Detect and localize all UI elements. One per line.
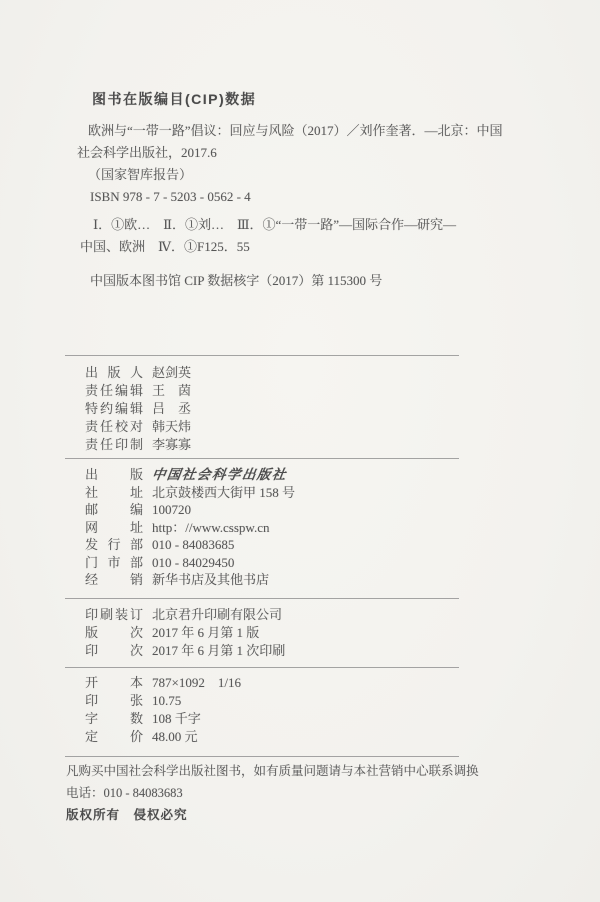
field-value: 韩天炜 xyxy=(152,419,191,434)
field-label: 责任编辑 xyxy=(85,382,143,400)
notice-block: 凡购买中国社会科学出版社图书，如有质量问题请与本社营销中心联系调换 电话：010… xyxy=(66,760,546,826)
divider-line xyxy=(65,667,459,668)
field-value: 010 - 84083685 xyxy=(152,537,234,552)
divider-line xyxy=(65,458,459,459)
field-value: 北京鼓楼西大街甲 158 号 xyxy=(152,485,295,500)
staff-row-special-editor: 特约编辑吕 丞 xyxy=(85,400,191,418)
field-label: 邮编 xyxy=(85,501,143,519)
publisher-row-distribution-dept: 发行部010 - 84083685 xyxy=(85,536,295,554)
contact-phone: 电话：010 - 84083683 xyxy=(66,782,546,804)
field-label: 特约编辑 xyxy=(85,400,143,418)
field-label: 字数 xyxy=(85,710,143,728)
cip-classification-line2: 中国、欧洲 Ⅳ．①F125．55 xyxy=(77,236,557,258)
staff-row-responsible-editor: 责任编辑王 茵 xyxy=(85,382,191,400)
field-value: 赵剑英 xyxy=(152,365,191,380)
field-value: 48.00 元 xyxy=(152,729,198,744)
staff-row-publisher-person: 出版人赵剑英 xyxy=(85,364,191,382)
printing-row-impression: 印次2017 年 6 月第 1 次印刷 xyxy=(85,642,285,660)
staff-row-proofreader: 责任校对韩天炜 xyxy=(85,418,191,436)
staff-row-print-supervisor: 责任印制李寡寡 xyxy=(85,436,191,454)
quality-notice: 凡购买中国社会科学出版社图书，如有质量问题请与本社营销中心联系调换 xyxy=(66,760,546,782)
publisher-row-distributor: 经销新华书店及其他书店 xyxy=(85,571,295,589)
field-label: 经销 xyxy=(85,571,143,589)
field-value: 新华书店及其他书店 xyxy=(152,572,269,587)
publisher-row-postcode: 邮编100720 xyxy=(85,501,295,519)
field-value: 王 茵 xyxy=(152,383,191,398)
format-row-sheet-size: 开本787×1092 1/16 xyxy=(85,674,241,692)
cip-title-line2: 社会科学出版社，2017.6 xyxy=(77,142,557,164)
field-value: 10.75 xyxy=(152,693,181,708)
divider-line xyxy=(65,598,459,599)
field-value: 吕 丞 xyxy=(152,401,191,416)
cip-classification-line1: Ⅰ．①欧… Ⅱ．①刘… Ⅲ．①“一带一路”—国际合作—研究— xyxy=(77,214,557,236)
field-value: 2017 年 6 月第 1 次印刷 xyxy=(152,643,285,658)
publisher-row-retail-dept: 门市部010 - 84029450 xyxy=(85,554,295,572)
format-row-price: 定价48.00 元 xyxy=(85,728,241,746)
field-value: 2017 年 6 月第 1 版 xyxy=(152,625,259,640)
field-label: 社址 xyxy=(85,484,143,502)
cip-title-line1: 欧洲与“一带一路”倡议：回应与风险（2017）／刘作奎著．—北京：中国 xyxy=(77,120,557,142)
publisher-row-press: 出版中国社会科学出版社 xyxy=(85,466,295,484)
field-value: 010 - 84029450 xyxy=(152,555,234,570)
field-label: 发行部 xyxy=(85,536,143,554)
field-label: 出版人 xyxy=(85,364,143,382)
field-label: 责任校对 xyxy=(85,418,143,436)
field-value: 李寡寡 xyxy=(152,437,191,452)
field-label: 门市部 xyxy=(85,554,143,572)
field-label: 责任印制 xyxy=(85,436,143,454)
publisher-row-address: 社址北京鼓楼西大街甲 158 号 xyxy=(85,484,295,502)
format-block: 开本787×1092 1/16 印张10.75 字数108 千字 定价48.00… xyxy=(85,674,241,746)
field-label: 版次 xyxy=(85,624,143,642)
cip-series: （国家智库报告） xyxy=(77,164,557,186)
printing-row-printer: 印刷装订北京君升印刷有限公司 xyxy=(85,606,285,624)
divider-line xyxy=(65,355,459,356)
field-value: 108 千字 xyxy=(152,711,201,726)
press-logotype: 中国社会科学出版社 xyxy=(151,466,288,484)
printing-row-edition: 版次2017 年 6 月第 1 版 xyxy=(85,624,285,642)
field-value: 787×1092 1/16 xyxy=(152,675,241,690)
field-label: 印张 xyxy=(85,692,143,710)
field-label: 印刷装订 xyxy=(85,606,143,624)
field-label: 出版 xyxy=(85,466,143,484)
cip-heading: 图书在版编目(CIP)数据 xyxy=(92,89,256,109)
field-value: 北京君升印刷有限公司 xyxy=(152,607,282,622)
copyright-statement: 版权所有 侵权必究 xyxy=(66,804,546,826)
publisher-block: 出版中国社会科学出版社 社址北京鼓楼西大街甲 158 号 邮编100720 网址… xyxy=(85,466,295,589)
field-label: 开本 xyxy=(85,674,143,692)
format-row-printed-sheets: 印张10.75 xyxy=(85,692,241,710)
field-value: 100720 xyxy=(152,502,191,517)
publisher-row-website: 网址http：//www.csspw.cn xyxy=(85,519,295,537)
cip-isbn: ISBN 978 - 7 - 5203 - 0562 - 4 xyxy=(77,186,557,208)
field-label: 印次 xyxy=(85,642,143,660)
field-value: http：//www.csspw.cn xyxy=(152,520,269,535)
divider-line xyxy=(65,756,459,757)
format-row-word-count: 字数108 千字 xyxy=(85,710,241,728)
field-label: 网址 xyxy=(85,519,143,537)
book-copyright-page: 图书在版编目(CIP)数据 欧洲与“一带一路”倡议：回应与风险（2017）／刘作… xyxy=(0,0,600,902)
cip-record-number: 中国版本图书馆 CIP 数据核字（2017）第 115300 号 xyxy=(77,270,557,292)
printing-block: 印刷装订北京君升印刷有限公司 版次2017 年 6 月第 1 版 印次2017 … xyxy=(85,606,285,660)
staff-block: 出版人赵剑英 责任编辑王 茵 特约编辑吕 丞 责任校对韩天炜 责任印制李寡寡 xyxy=(85,364,191,454)
field-label: 定价 xyxy=(85,728,143,746)
cip-block: 欧洲与“一带一路”倡议：回应与风险（2017）／刘作奎著．—北京：中国 社会科学… xyxy=(77,120,557,292)
